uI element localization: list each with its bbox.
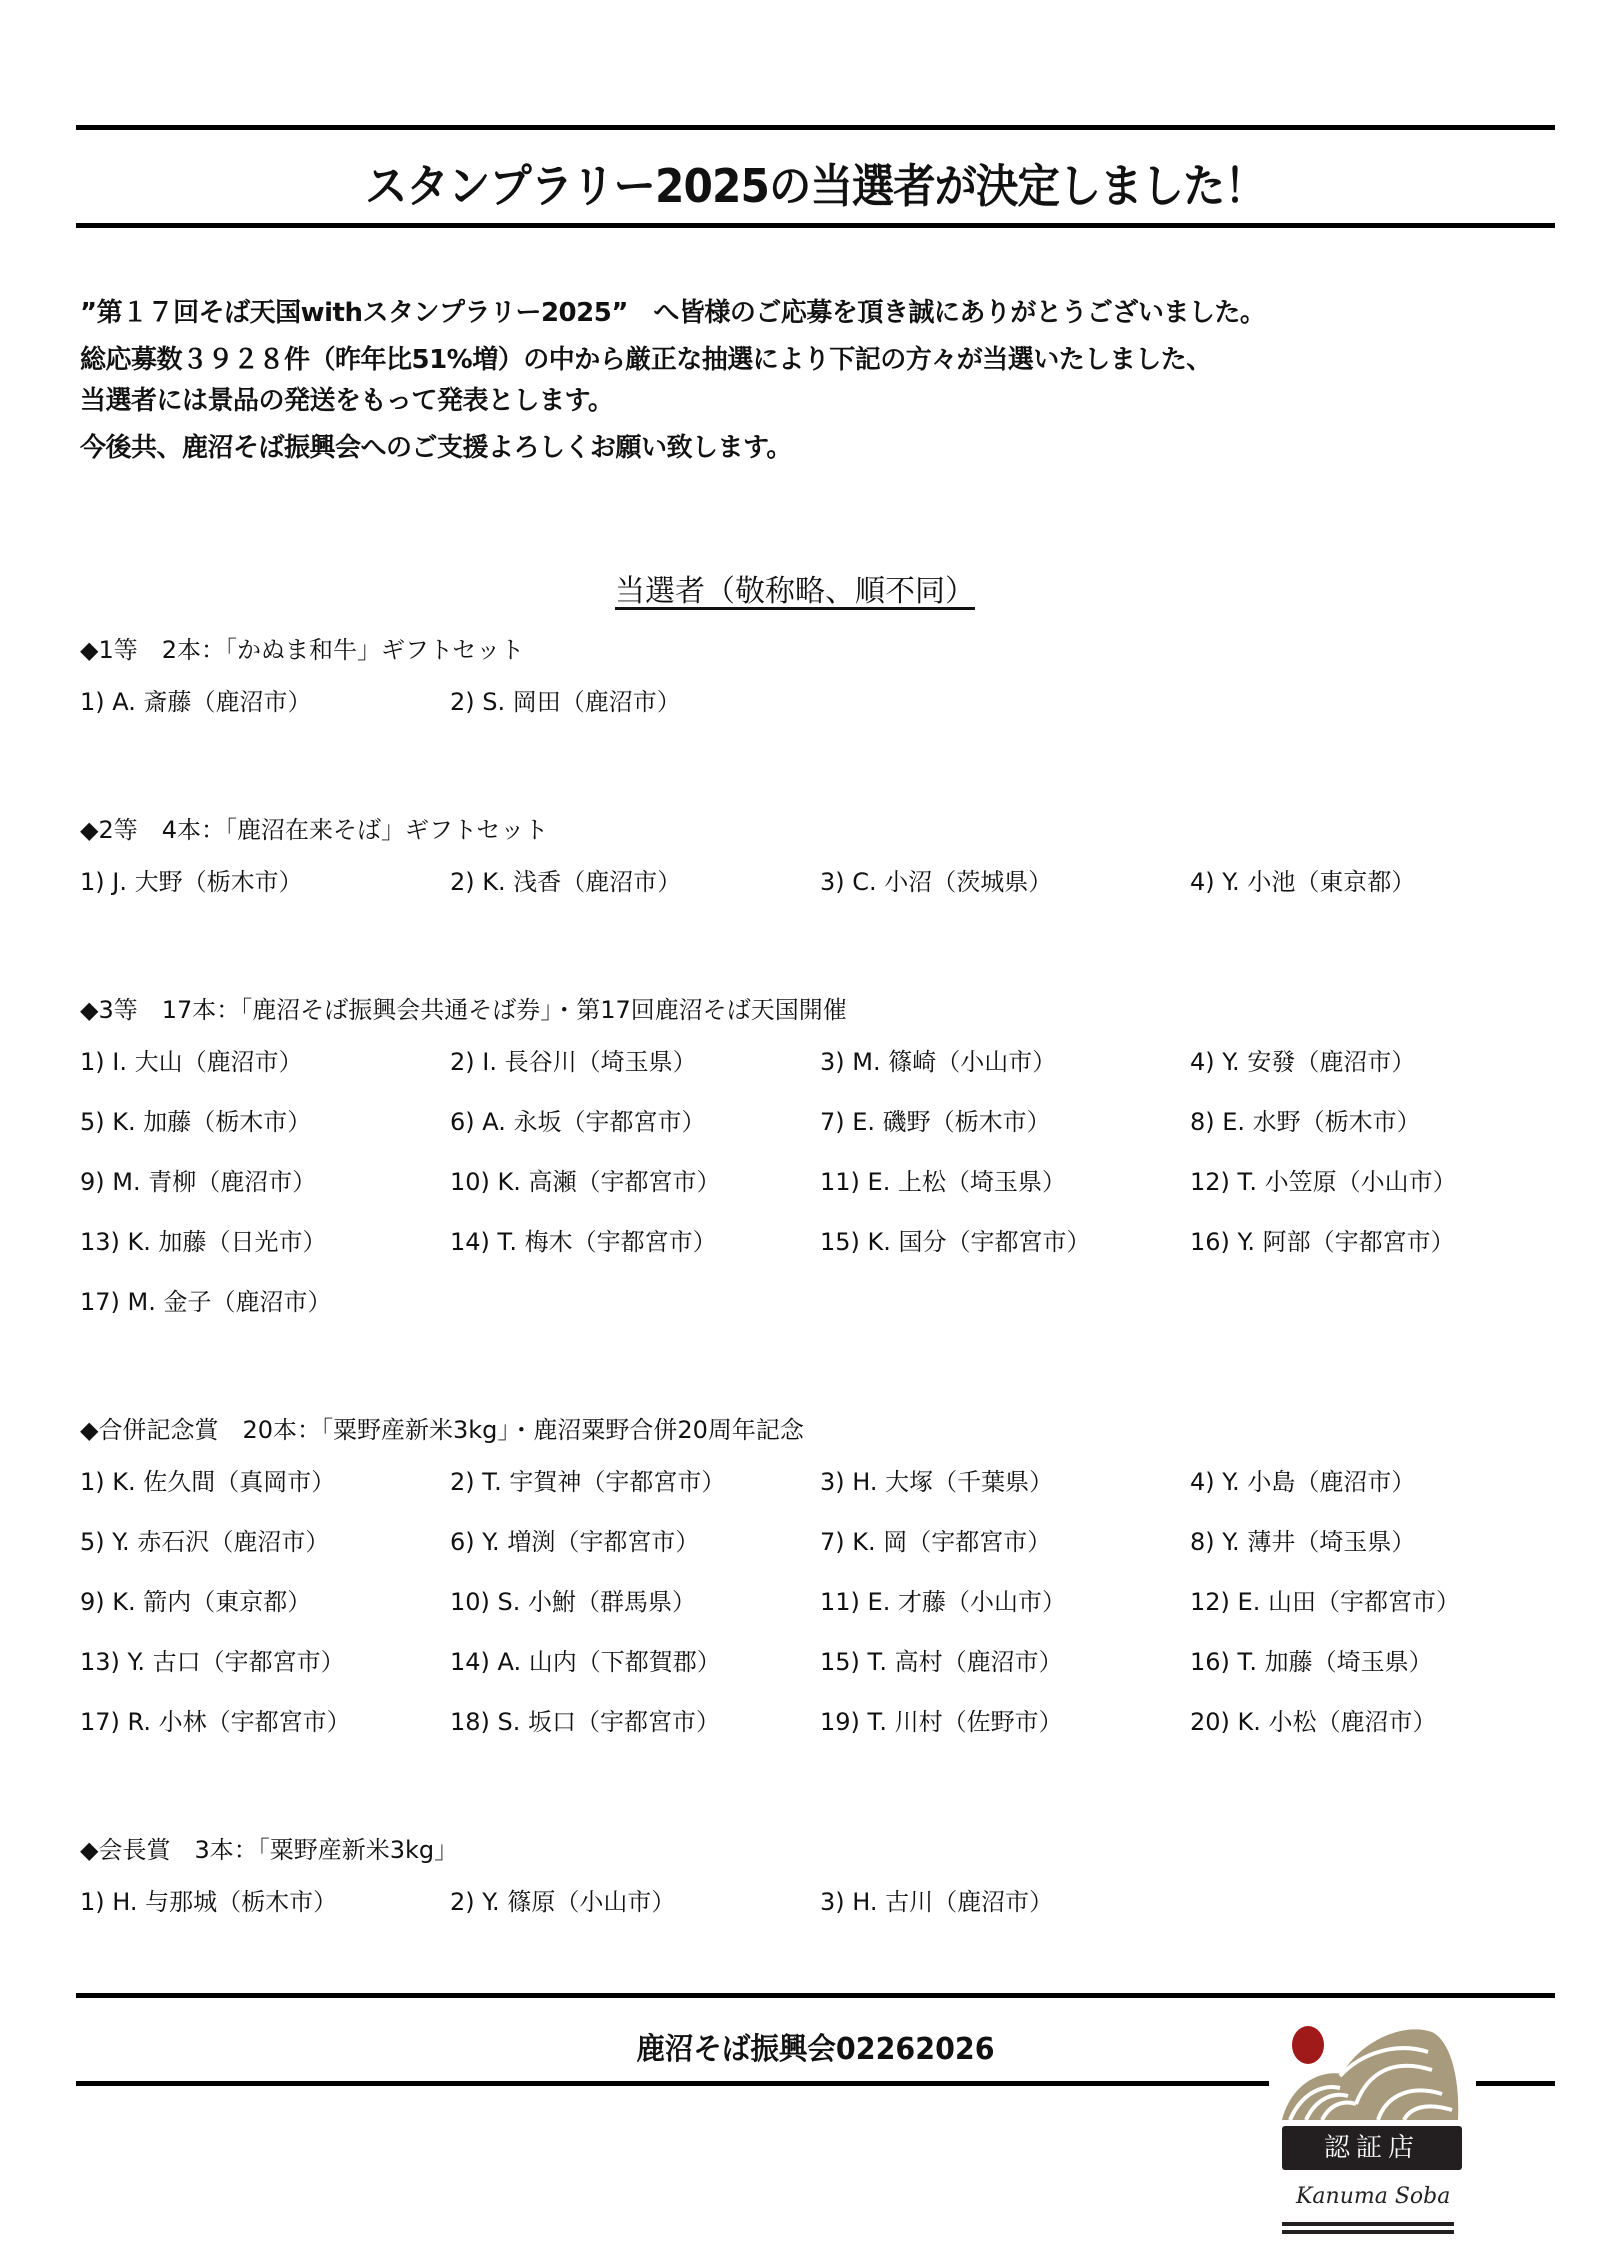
winner-item: 1) A. 斎藤（鹿沼市）: [80, 672, 450, 732]
winner-item: 9) M. 青柳（鹿沼市）: [80, 1152, 450, 1212]
footer-bottom-rule-left: [76, 2081, 1269, 2086]
winner-item: 2) I. 長谷川（埼玉県）: [450, 1032, 820, 1092]
prize-heading: ◆合併記念賞 20本：「粟野産新米3kg」・鹿沼粟野合併20周年記念: [80, 1410, 1560, 1450]
footer-top-rule: [76, 1993, 1555, 1998]
winner-item: 1) K. 佐久間（真岡市）: [80, 1452, 450, 1512]
winner-item: 19) T. 川村（佐野市）: [820, 1692, 1190, 1752]
winner-item: 17) M. 金子（鹿沼市）: [80, 1272, 450, 1332]
prize-section-1st: ◆1等 2本：「かぬま和牛」ギフトセット 1) A. 斎藤（鹿沼市） 2) S.…: [80, 630, 1560, 732]
prize-heading: ◆2等 4本：「鹿沼在来そば」ギフトセット: [80, 810, 1560, 850]
winner-list: 1) A. 斎藤（鹿沼市） 2) S. 岡田（鹿沼市）: [80, 672, 1560, 732]
winner-list: 1) K. 佐久間（真岡市） 2) T. 宇賀神（宇都宮市） 3) H. 大塚（…: [80, 1452, 1560, 1752]
winner-list: 1) J. 大野（栃木市） 2) K. 浅香（鹿沼市） 3) C. 小沼（茨城県…: [80, 852, 1560, 912]
winner-item: 2) Y. 篠原（小山市）: [450, 1872, 820, 1932]
kanuma-soba-certified-logo: 認証店 Kanuma Soba: [1282, 2008, 1476, 2244]
intro-line-2: 総応募数３９２８件（昨年比51%増）の中から厳正な抽選により下記の方々が当選いた…: [80, 337, 1540, 384]
winner-item: 6) A. 永坂（宇都宮市）: [450, 1092, 820, 1152]
winner-list: 1) I. 大山（鹿沼市） 2) I. 長谷川（埼玉県） 3) M. 篠崎（小山…: [80, 1032, 1560, 1332]
winner-item: 11) E. 上松（埼玉県）: [820, 1152, 1190, 1212]
winner-item: 1) I. 大山（鹿沼市）: [80, 1032, 450, 1092]
winner-item: 5) K. 加藤（栃木市）: [80, 1092, 450, 1152]
winner-item: 3) C. 小沼（茨城県）: [820, 852, 1190, 912]
winner-item: 20) K. 小松（鹿沼市）: [1190, 1692, 1560, 1752]
prize-heading: ◆会長賞 3本：「粟野産新米3kg」: [80, 1830, 1560, 1870]
prize-section-chairman: ◆会長賞 3本：「粟野産新米3kg」 1) H. 与那城（栃木市） 2) Y. …: [80, 1830, 1560, 1932]
winner-item: 16) Y. 阿部（宇都宮市）: [1190, 1212, 1560, 1272]
prize-section-merger: ◆合併記念賞 20本：「粟野産新米3kg」・鹿沼粟野合併20周年記念 1) K.…: [80, 1410, 1560, 1752]
certified-store-badge: 認証店: [1282, 2126, 1462, 2170]
winner-item: 14) T. 梅木（宇都宮市）: [450, 1212, 820, 1272]
winner-item: 9) K. 箭内（東京都）: [80, 1572, 450, 1632]
winner-item: 4) Y. 小島（鹿沼市）: [1190, 1452, 1560, 1512]
winner-list: 1) H. 与那城（栃木市） 2) Y. 篠原（小山市） 3) H. 古川（鹿沼…: [80, 1872, 1560, 1932]
chopstick-line-icon: [1282, 2222, 1454, 2226]
winners-heading: 当選者（敬称略、順不同）: [615, 566, 975, 610]
winner-item: 13) K. 加藤（日光市）: [80, 1212, 450, 1272]
prize-heading: ◆3等 17本：「鹿沼そば振興会共通そば券」・第17回鹿沼そば天国開催: [80, 990, 1560, 1030]
soba-noodle-mound-icon: [1282, 2012, 1462, 2122]
winner-item: 1) J. 大野（栃木市）: [80, 852, 450, 912]
winner-item: 7) E. 磯野（栃木市）: [820, 1092, 1190, 1152]
winner-item: 11) E. 才藤（小山市）: [820, 1572, 1190, 1632]
winner-item: 4) Y. 安發（鹿沼市）: [1190, 1032, 1560, 1092]
winner-item: 10) K. 高瀬（宇都宮市）: [450, 1152, 820, 1212]
winner-item: 10) S. 小鮒（群馬県）: [450, 1572, 820, 1632]
winner-item: 2) S. 岡田（鹿沼市）: [450, 672, 820, 732]
winner-item: 1) H. 与那城（栃木市）: [80, 1872, 450, 1932]
winner-item: 8) Y. 薄井（埼玉県）: [1190, 1512, 1560, 1572]
intro-line-4: 今後共、鹿沼そば振興会へのご支援よろしくお願い致します。: [80, 425, 1540, 472]
winner-item: 3) H. 古川（鹿沼市）: [820, 1872, 1190, 1932]
winner-item: 6) Y. 増渕（宇都宮市）: [450, 1512, 820, 1572]
winner-item: 4) Y. 小池（東京都）: [1190, 852, 1560, 912]
winner-item: 17) R. 小林（宇都宮市）: [80, 1692, 450, 1752]
intro-text: ”第１７回そば天国withスタンプラリー2025” へ皆様のご応募を頂き誠にあり…: [80, 290, 1540, 472]
winner-item: 15) K. 国分（宇都宮市）: [820, 1212, 1190, 1272]
header-bottom-rule: [76, 223, 1555, 228]
winner-item: 3) M. 篠崎（小山市）: [820, 1032, 1190, 1092]
winner-item: 3) H. 大塚（千葉県）: [820, 1452, 1190, 1512]
winner-item: 7) K. 岡（宇都宮市）: [820, 1512, 1190, 1572]
prize-section-2nd: ◆2等 4本：「鹿沼在来そば」ギフトセット 1) J. 大野（栃木市） 2) K…: [80, 810, 1560, 912]
winner-item: 2) T. 宇賀神（宇都宮市）: [450, 1452, 820, 1512]
prize-heading: ◆1等 2本：「かぬま和牛」ギフトセット: [80, 630, 1560, 670]
chopstick-line-icon: [1282, 2230, 1454, 2234]
intro-line-3: 当選者には景品の発送をもって発表とします。: [80, 378, 1540, 425]
footer-bottom-rule-right: [1467, 2081, 1555, 2086]
winner-item: 8) E. 水野（栃木市）: [1190, 1092, 1560, 1152]
page-title: スタンプラリー2025の当選者が決定しました！: [135, 150, 1496, 216]
intro-line-1: ”第１７回そば天国withスタンプラリー2025” へ皆様のご応募を頂き誠にあり…: [80, 290, 1540, 337]
winner-item: 13) Y. 古口（宇都宮市）: [80, 1632, 450, 1692]
winner-item: 15) T. 高村（鹿沼市）: [820, 1632, 1190, 1692]
winner-item: 5) Y. 赤石沢（鹿沼市）: [80, 1512, 450, 1572]
prize-section-3rd: ◆3等 17本：「鹿沼そば振興会共通そば券」・第17回鹿沼そば天国開催 1) I…: [80, 990, 1560, 1332]
winner-item: 12) E. 山田（宇都宮市）: [1190, 1572, 1560, 1632]
winner-item: 12) T. 小笠原（小山市）: [1190, 1152, 1560, 1212]
winner-item: 14) A. 山内（下都賀郡）: [450, 1632, 820, 1692]
winner-item: 16) T. 加藤（埼玉県）: [1190, 1632, 1560, 1692]
winner-item: 18) S. 坂口（宇都宮市）: [450, 1692, 820, 1752]
header-top-rule: [76, 125, 1555, 130]
winner-item: 2) K. 浅香（鹿沼市）: [450, 852, 820, 912]
logo-script-text: Kanuma Soba: [1296, 2184, 1450, 2209]
